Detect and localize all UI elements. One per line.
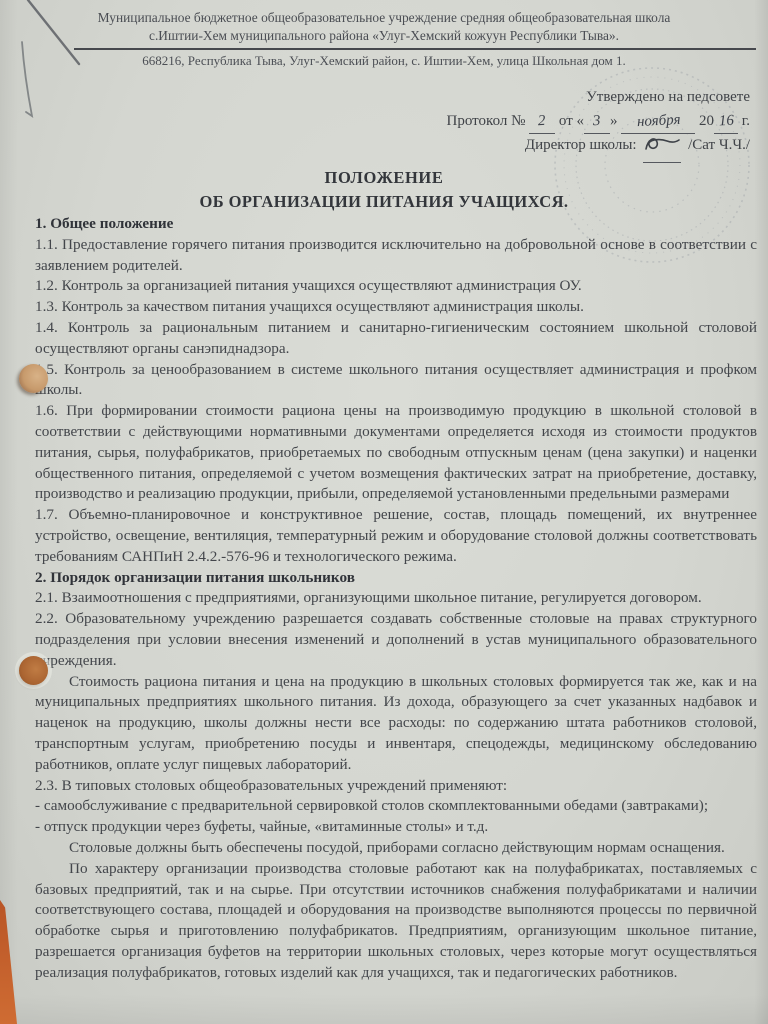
school-address: 668216, Республика Тыва, Улуг-Хемский ра… [0,53,768,69]
date-from-label: от « [559,113,584,129]
protocol-number-handwritten: 2 [538,109,547,133]
paragraph: - отпуск продукции через буфеты, чайные,… [35,817,757,838]
director-label: Директор школы: [525,137,637,153]
section-heading: 1. Общее положение [35,214,757,235]
date-month-handwritten: ноября [636,108,681,134]
page-edge-wedge [0,900,17,1024]
paragraph: 1.7. Объемно-планировочное и конструктив… [35,505,757,567]
section-heading: 2. Порядок организации питания школьнико… [35,568,757,589]
document-subtitle: ОБ ОРГАНИЗАЦИИ ПИТАНИЯ УЧАЩИХСЯ. [0,192,768,212]
paragraph: Стоимость рациона питания и цена на прод… [35,672,757,776]
pen-mark [0,0,110,140]
paragraph: 1.1. Предоставление горячего питания про… [35,235,757,277]
year-printed: 20 [699,113,714,129]
approval-block: Утверждено на педсовете Протокол № 2 от … [447,86,750,163]
date-day-handwritten: 3 [593,109,602,133]
paragraph: 2.3. В типовых столовых общеобразователь… [35,776,757,797]
header-rule [74,48,756,50]
approved-line: Утверждено на педсовете [447,86,750,110]
director-line: Директор школы: /Сат Ч.Ч./ [447,134,750,163]
document-title: ПОЛОЖЕНИЕ [0,168,768,188]
year-handwritten: 16 [718,109,734,133]
paragraph: 1.6. При формировании стоимости рациона … [35,401,757,505]
director-signature [643,135,681,163]
paragraph: Столовые должны быть обеспечены посудой,… [35,838,757,859]
paragraph: 1.3. Контроль за качеством питания учащи… [35,297,757,318]
paragraph: - самообслуживание с предварительной сер… [35,796,757,817]
protocol-line: Протокол № 2 от «3» ноября 2016 г. [447,110,750,135]
school-name-line-2: с.Иштии-Хем муниципального района «Улуг-… [0,27,768,45]
hole-punch-bottom [19,656,48,685]
letterhead: Муниципальное бюджетное общеобразователь… [0,0,768,45]
paragraph: 1.4. Контроль за рациональным питанием и… [35,318,757,360]
paragraph: 2.1. Взаимоотношения с предприятиями, ор… [35,588,757,609]
document-title-block: ПОЛОЖЕНИЕ ОБ ОРГАНИЗАЦИИ ПИТАНИЯ УЧАЩИХС… [0,168,768,212]
paragraph: По характеру организации производства ст… [35,859,757,984]
scanned-document-page: Муниципальное бюджетное общеобразователь… [0,0,768,1024]
school-name-line-1: Муниципальное бюджетное общеобразователь… [0,9,768,27]
protocol-prefix: Протокол № [447,113,526,129]
date-quote-close: » [610,113,618,129]
paragraph: 1.2. Контроль за организацией питания уч… [35,276,757,297]
hole-punch-top [19,364,48,393]
document-body: 1. Общее положение1.1. Предоставление го… [35,214,757,983]
paragraph: 2.2. Образовательному учреждению разреша… [35,609,757,671]
year-suffix: г. [742,113,750,129]
director-name: /Сат Ч.Ч./ [688,137,750,153]
paragraph: 1.5. Контроль за ценообразованием в сист… [35,360,757,402]
